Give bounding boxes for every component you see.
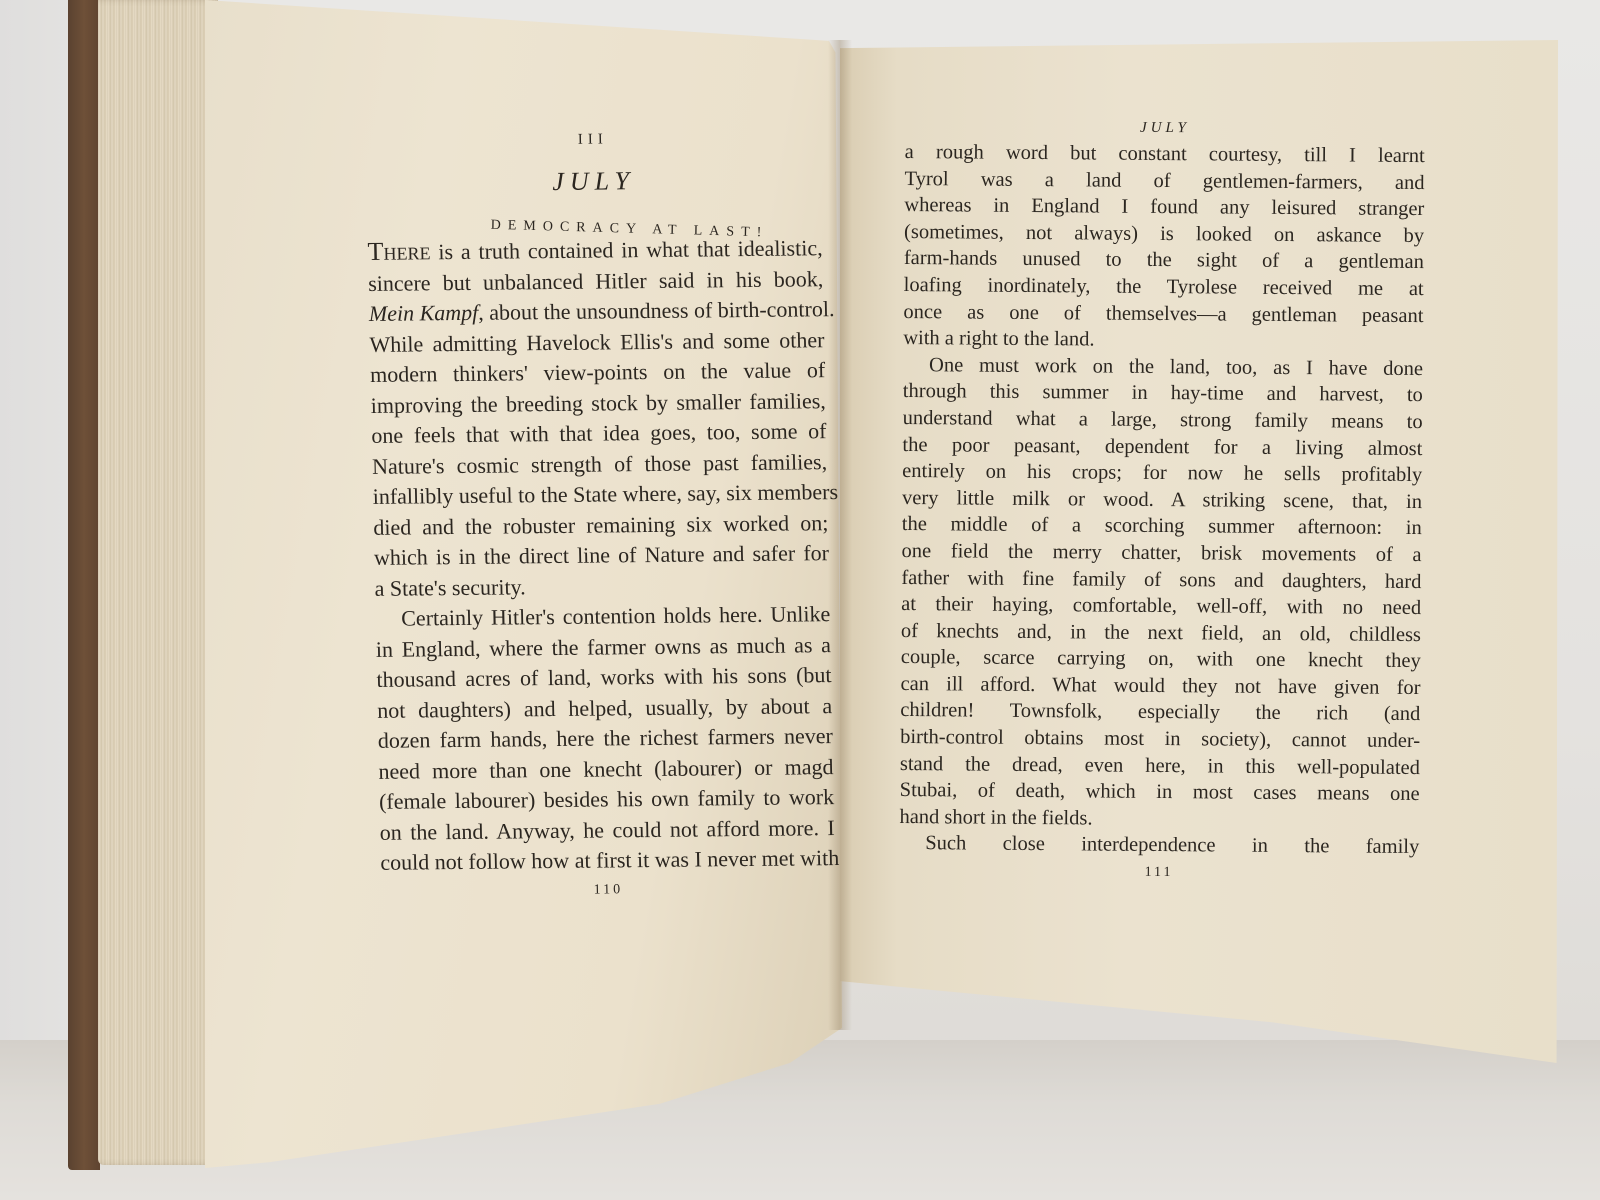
- text-line: one field the merry chatter, brisk movem…: [901, 538, 1421, 569]
- text-line: improving the breeding stock by smaller …: [370, 386, 826, 421]
- text-line: Stubai, of death, which in most cases me…: [900, 777, 1420, 808]
- text-line: in England, where the farmer owns as muc…: [376, 630, 832, 665]
- text-line: couple, scarce carrying on, with one kne…: [901, 644, 1421, 675]
- text-line: through this summer in hay-time and harv…: [903, 378, 1423, 409]
- text-line: died and the robuster remaining six work…: [373, 508, 829, 543]
- text-line: children! Townsfolk, especially the rich…: [900, 697, 1420, 728]
- chapter-title: JULY: [366, 164, 822, 199]
- book-cover-board: [68, 0, 100, 1170]
- text-line: can ill afford. What would they not have…: [900, 671, 1420, 702]
- text-line: on the land. Anyway, he could not afford…: [379, 813, 835, 848]
- book-title-italic: Mein Kampf: [369, 300, 479, 326]
- text-line: thousand acres of land, works with his s…: [376, 660, 832, 695]
- text-line: Nature's cosmic strength of those past f…: [372, 447, 828, 482]
- text-line: with a right to the land.: [903, 325, 1423, 356]
- text-line: one feels that with that idea goes, too,…: [371, 416, 827, 451]
- text-line: very little milk or wood. A striking sce…: [902, 485, 1422, 516]
- text-line: farm-hands unused to the sight of a gent…: [904, 245, 1424, 276]
- text-line: the middle of a scorching summer afterno…: [902, 511, 1422, 542]
- opening-smallcaps: There: [367, 236, 430, 266]
- chapter-number: III: [365, 129, 820, 151]
- text-line: which is in the direct line of Nature an…: [374, 538, 830, 573]
- text-line: dozen farm hands, here the richest farme…: [377, 721, 833, 756]
- background-wall: [0, 0, 70, 1200]
- text-line: of knechts and, in the next field, an ol…: [901, 618, 1421, 649]
- text-line: could not follow how at first it was I n…: [380, 843, 836, 878]
- text-line: hand short in the fields.: [899, 804, 1419, 835]
- right-page-text: JULY a rough word but constant courtesy,…: [899, 118, 1425, 883]
- left-page-text: III JULY DEMOCRACY AT LAST! There is a t…: [365, 125, 836, 900]
- text-line: (sometimes, not always) is looked on ask…: [904, 219, 1424, 250]
- text-line: need more than one knecht (labourer) or …: [378, 752, 834, 787]
- text-line: (female labourer) besides his own family…: [379, 782, 835, 817]
- text-line: infallibly useful to the State where, sa…: [372, 477, 828, 512]
- text-line: stand the dread, even here, in this well…: [900, 751, 1420, 782]
- running-head: JULY: [905, 118, 1425, 139]
- page-block-edges: [98, 0, 218, 1165]
- text-line: While admitting Havelock Ellis's and som…: [369, 325, 825, 360]
- text-line: One must work on the land, too, as I hav…: [903, 352, 1423, 383]
- text-line: Mein Kampf, about the unsoundness of bir…: [369, 294, 825, 329]
- text-line: whereas in England I found any leisured …: [904, 192, 1424, 223]
- text-line: the poor peasant, dependent for a living…: [902, 432, 1422, 463]
- text-line: not daughters) and helped, usually, by a…: [377, 691, 833, 726]
- text-line: a rough word but constant courtesy, till…: [905, 139, 1425, 170]
- text-line: Certainly Hitler's contention holds here…: [375, 599, 831, 634]
- text-line: a State's security.: [374, 569, 830, 604]
- text-line: at their haying, comfortable, well-off, …: [901, 591, 1421, 622]
- text-line: understand what a large, strong family m…: [903, 405, 1423, 436]
- text-line: modern thinkers' view-points on the valu…: [370, 355, 826, 390]
- text-line: sincere but unbalanced Hitler said in hi…: [368, 264, 824, 299]
- text-line: Such close interdependence in the family: [899, 830, 1419, 861]
- text-line: loafing inordinately, the Tyrolese recei…: [904, 272, 1424, 303]
- text-line: Tyrol was a land of gentlemen-farmers, a…: [904, 166, 1424, 197]
- text-line: entirely on his crops; for now he sells …: [902, 458, 1422, 489]
- text-line: birth-control obtains most in society), …: [900, 724, 1420, 755]
- text-line: once as one of themselves—a gentleman pe…: [903, 299, 1423, 330]
- text-line: father with fine family of sons and daug…: [901, 564, 1421, 595]
